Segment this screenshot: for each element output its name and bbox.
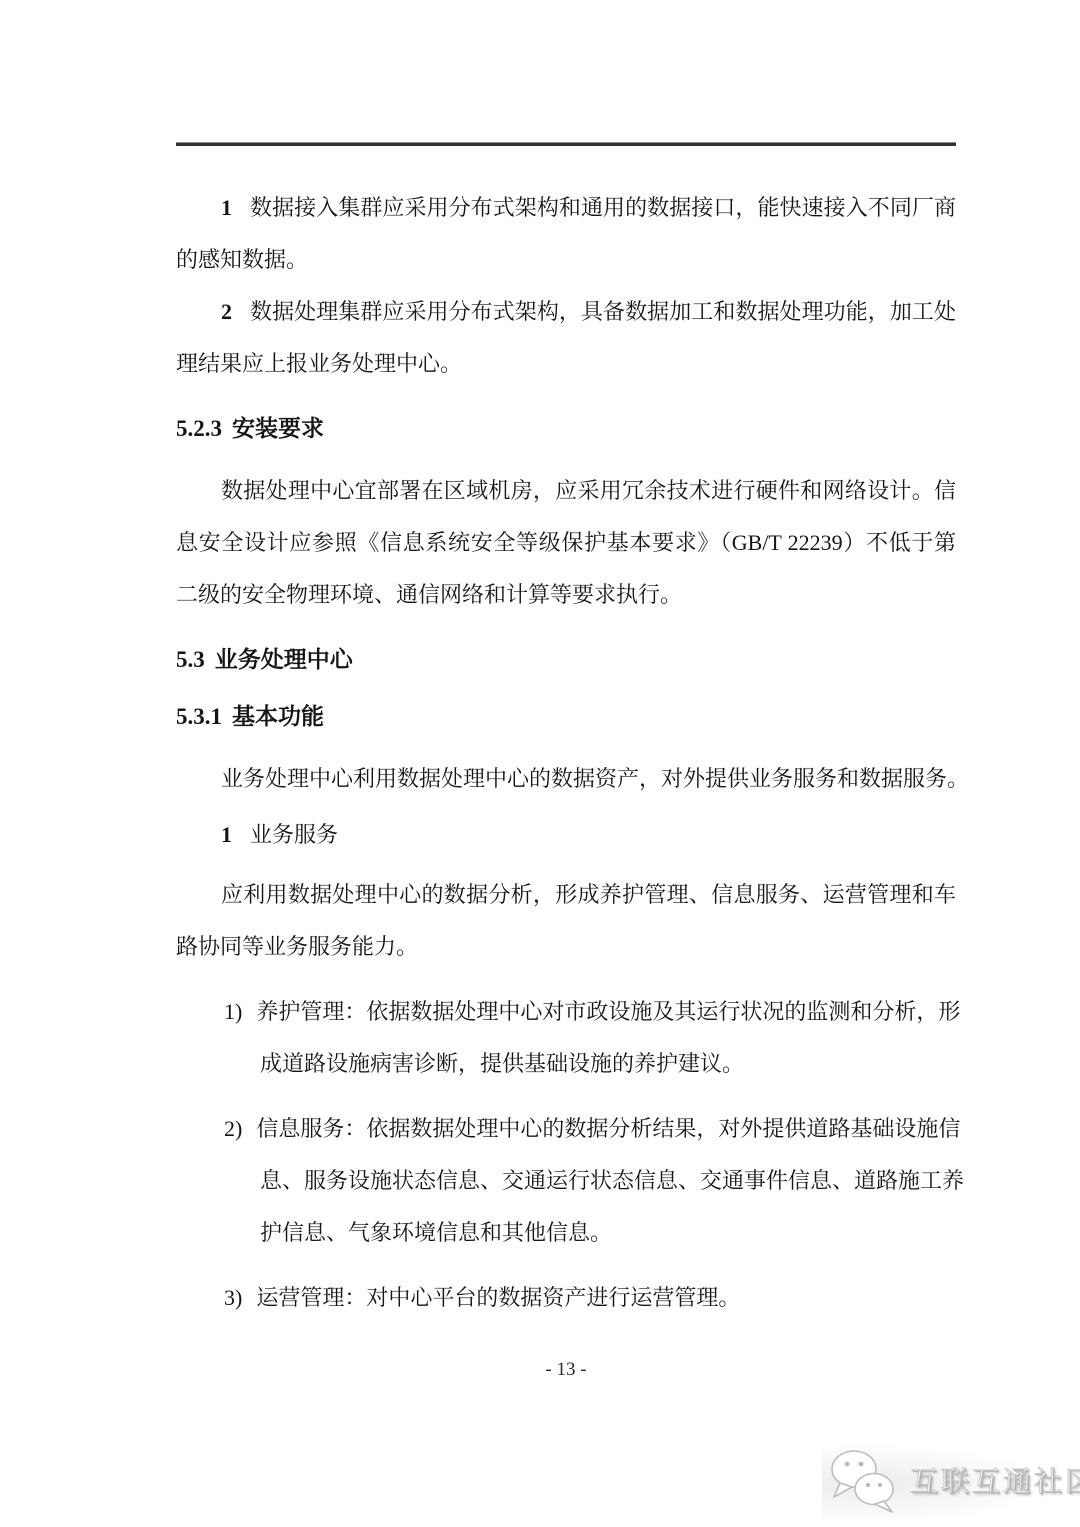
sub-clause-label: 业务服务 bbox=[250, 822, 338, 847]
list-item-line: 1)养护管理：依据数据处理中心对市政设施及其运行状况的监测和分析，形 bbox=[176, 986, 956, 1038]
document-page: 1数据接入集群应采用分布式架构和通用的数据接口，能快速接入不同厂商 的感知数据。… bbox=[0, 0, 1080, 1527]
body-text: 运营管理：对中心平台的数据资产进行运营管理。 bbox=[256, 1285, 740, 1310]
list-marker: 1) bbox=[224, 999, 242, 1024]
body-text: 息、服务设施状态信息、交通运行状态信息、交通事件信息、道路施工养 bbox=[260, 1168, 964, 1193]
heading-title: 业务处理中心 bbox=[215, 646, 353, 672]
list-item-line: 成道路设施病害诊断，提供基础设施的养护建议。 bbox=[176, 1038, 956, 1090]
page-number: - 13 - bbox=[176, 1352, 956, 1388]
clause-line: 的感知数据。 bbox=[176, 234, 956, 286]
sub-clause-line: 1业务服务 bbox=[176, 809, 956, 861]
clause-number: 1 bbox=[221, 822, 232, 847]
list-marker: 2) bbox=[224, 1116, 242, 1141]
list-item-line: 息、服务设施状态信息、交通运行状态信息、交通事件信息、道路施工养 bbox=[176, 1155, 956, 1207]
heading-number: 5.2.3 bbox=[176, 416, 222, 441]
section-heading-523: 5.2.3安装要求 bbox=[176, 402, 956, 455]
body-text: 养护管理：依据数据处理中心对市政设施及其运行状况的监测和分析，形 bbox=[256, 999, 960, 1024]
wechat-icon bbox=[828, 1445, 900, 1515]
clause-number: 1 bbox=[221, 195, 232, 220]
list-item-line: 3)运营管理：对中心平台的数据资产进行运营管理。 bbox=[176, 1272, 956, 1324]
body-text: 数据接入集群应采用分布式架构和通用的数据接口，能快速接入不同厂商 bbox=[250, 195, 956, 220]
body-line: 路协同等业务服务能力。 bbox=[176, 921, 956, 973]
heading-title: 安装要求 bbox=[232, 415, 324, 441]
body-text: 应利用数据处理中心的数据分析，形成养护管理、信息服务、运营管理和车 bbox=[221, 882, 956, 907]
clause-line: 理结果应上报业务处理中心。 bbox=[176, 338, 956, 390]
list-marker: 3) bbox=[224, 1285, 242, 1310]
heading-number: 5.3.1 bbox=[176, 704, 222, 729]
brand-name: 互联互通社区 bbox=[910, 1460, 1080, 1500]
list-item-line: 2)信息服务：依据数据处理中心的数据分析结果，对外提供道路基础设施信 bbox=[176, 1103, 956, 1155]
body-text: 二级的安全物理环境、通信网络和计算等要求执行。 bbox=[176, 582, 682, 607]
body-text: 护信息、气象环境信息和其他信息。 bbox=[260, 1220, 612, 1245]
section-heading-531: 5.3.1基本功能 bbox=[176, 690, 956, 743]
body-line: 二级的安全物理环境、通信网络和计算等要求执行。 bbox=[176, 569, 956, 621]
clause-number: 2 bbox=[221, 299, 232, 324]
body-text: 数据处理集群应采用分布式架构，具备数据加工和数据处理功能，加工处 bbox=[250, 299, 956, 324]
section-heading-53: 5.3业务处理中心 bbox=[176, 633, 956, 686]
heading-number: 5.3 bbox=[176, 647, 205, 672]
body-text: 业务处理中心利用数据处理中心的数据资产，对外提供业务服务和数据服务。 bbox=[221, 766, 969, 791]
body-text: 息安全设计应参照《信息系统安全等级保护基本要求》（GB/T 22239）不低于第 bbox=[176, 530, 956, 555]
body-line: 业务处理中心利用数据处理中心的数据资产，对外提供业务服务和数据服务。 bbox=[176, 753, 956, 805]
document-content: 1数据接入集群应采用分布式架构和通用的数据接口，能快速接入不同厂商 的感知数据。… bbox=[176, 182, 956, 1324]
body-line: 息安全设计应参照《信息系统安全等级保护基本要求》（GB/T 22239）不低于第 bbox=[176, 517, 956, 569]
header-rule bbox=[176, 142, 956, 146]
body-line: 数据处理中心宜部署在区域机房，应采用冗余技术进行硬件和网络设计。信 bbox=[176, 465, 956, 517]
body-text: 信息服务：依据数据处理中心的数据分析结果，对外提供道路基础设施信 bbox=[256, 1116, 960, 1141]
body-text: 的感知数据。 bbox=[176, 247, 308, 272]
body-text: 路协同等业务服务能力。 bbox=[176, 934, 418, 959]
body-text: 数据处理中心宜部署在区域机房，应采用冗余技术进行硬件和网络设计。信 bbox=[221, 478, 956, 503]
body-line: 应利用数据处理中心的数据分析，形成养护管理、信息服务、运营管理和车 bbox=[176, 869, 956, 921]
heading-title: 基本功能 bbox=[232, 703, 324, 729]
body-text: 理结果应上报业务处理中心。 bbox=[176, 351, 462, 376]
clause-line: 2数据处理集群应采用分布式架构，具备数据加工和数据处理功能，加工处 bbox=[176, 286, 956, 338]
list-item-line: 护信息、气象环境信息和其他信息。 bbox=[176, 1207, 956, 1259]
body-text: 成道路设施病害诊断，提供基础设施的养护建议。 bbox=[260, 1051, 744, 1076]
brand-watermark: 互联互通社区 bbox=[822, 1440, 1070, 1520]
clause-line: 1数据接入集群应采用分布式架构和通用的数据接口，能快速接入不同厂商 bbox=[176, 182, 956, 234]
